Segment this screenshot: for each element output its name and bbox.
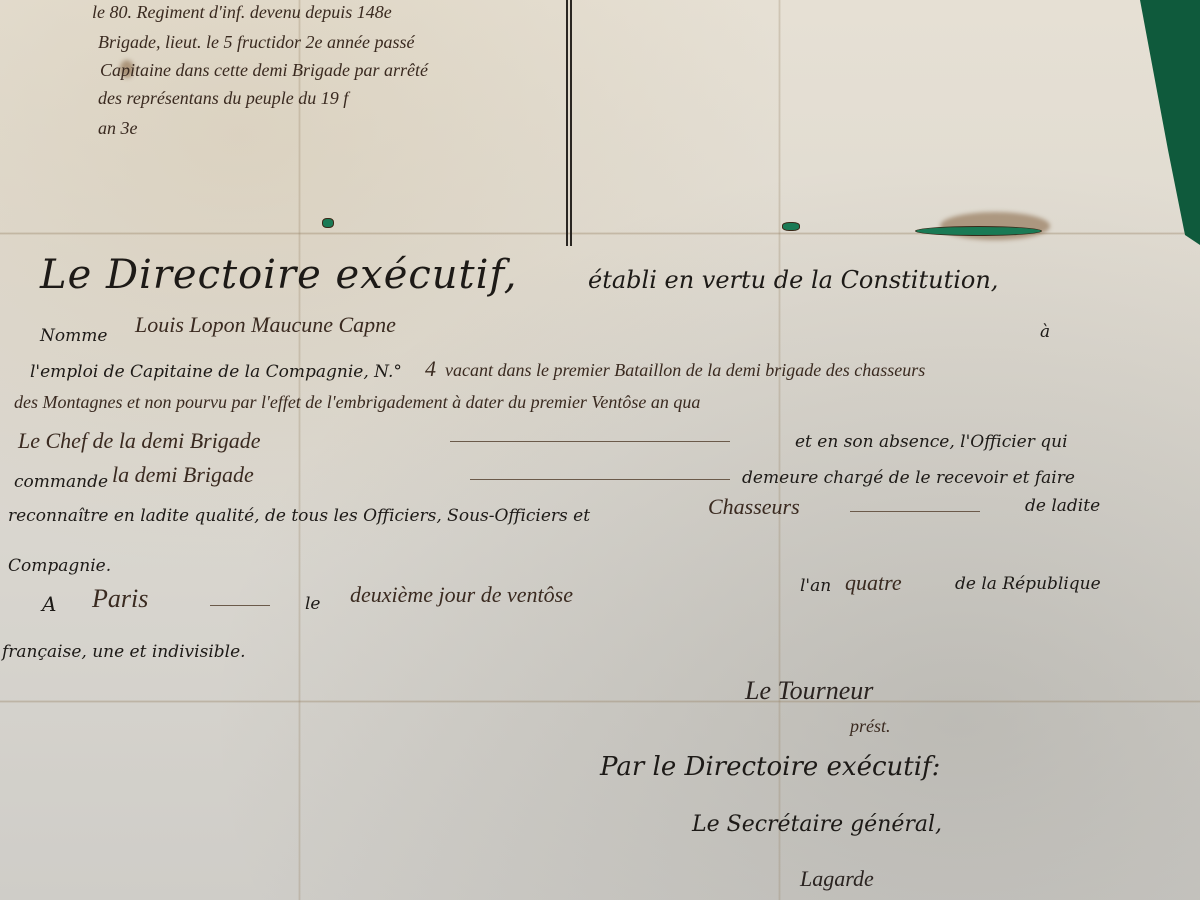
document-subtitle: établi en vertu de la Constitution,	[588, 266, 998, 294]
document-paper: le 80. Regiment d'inf. devenu depuis 148…	[0, 0, 1200, 900]
blank-line	[210, 604, 270, 606]
margin-note-line: Brigade, lieut. le 5 fructidor 2e année …	[98, 32, 414, 53]
year-text: quatre	[845, 570, 902, 596]
paper-hole	[322, 218, 334, 228]
reconnaitre-text: reconnaître en ladite qualité, de tous l…	[8, 506, 590, 526]
document-title: Le Directoire exécutif,	[40, 252, 518, 298]
margin-note-line: le 80. Regiment d'inf. devenu depuis 148…	[92, 2, 392, 23]
paper-hole	[782, 222, 800, 231]
president-title: prést.	[850, 716, 891, 737]
vertical-fold	[298, 0, 301, 900]
chasseurs-text: Chasseurs	[708, 494, 800, 520]
par-le-directoire: Par le Directoire exécutif:	[600, 752, 940, 782]
blank-line	[850, 510, 980, 512]
horizontal-fold-lower	[0, 700, 1200, 703]
charge-text: demeure chargé de le recevoir et faire	[742, 468, 1075, 488]
unit-text: vacant dans le premier Bataillon de la d…	[445, 360, 925, 381]
margin-note-line: an 3e	[98, 118, 138, 139]
le-label: le	[305, 594, 321, 614]
absence-text: et en son absence, l'Officier qui	[795, 432, 1068, 452]
francaise-text: française, une et indivisible.	[2, 642, 246, 662]
compagnie-text: Compagnie.	[8, 556, 111, 576]
date-text: deuxième jour de ventôse	[350, 582, 573, 608]
margin-divider-rule	[566, 0, 572, 246]
emploi-text: l'emploi de Capitaine de la Compagnie, N…	[30, 362, 402, 382]
nomme-label: Nomme	[40, 326, 107, 346]
company-number: 4	[425, 356, 436, 382]
lan-label: l'an	[800, 576, 831, 596]
demi-brigade-text: la demi Brigade	[112, 462, 254, 488]
a-place-label: A	[42, 592, 56, 616]
blank-line	[470, 478, 730, 480]
president-signature: Le Tourneur	[745, 676, 873, 706]
a-label: à	[1040, 322, 1050, 342]
commande-label: commande	[14, 472, 108, 492]
republique-text: de la République	[955, 574, 1101, 594]
margin-note-line: Capitaine dans cette demi Brigade par ar…	[100, 60, 428, 81]
appointee-name: Louis Lopon Maucune Capne	[135, 312, 396, 338]
de-ladite-text: de ladite	[1025, 496, 1100, 516]
secretary-signature: Lagarde	[800, 866, 874, 892]
secretaire-general-title: Le Secrétaire général,	[692, 812, 942, 837]
margin-note-line: des représentans du peuple du 19 f	[98, 88, 348, 109]
place-name: Paris	[92, 584, 148, 614]
chef-text: Le Chef de la demi Brigade	[18, 428, 261, 454]
unit-text-continued: des Montagnes et non pourvu par l'effet …	[14, 392, 700, 413]
paper-tear	[915, 226, 1042, 236]
blank-line	[450, 440, 730, 442]
